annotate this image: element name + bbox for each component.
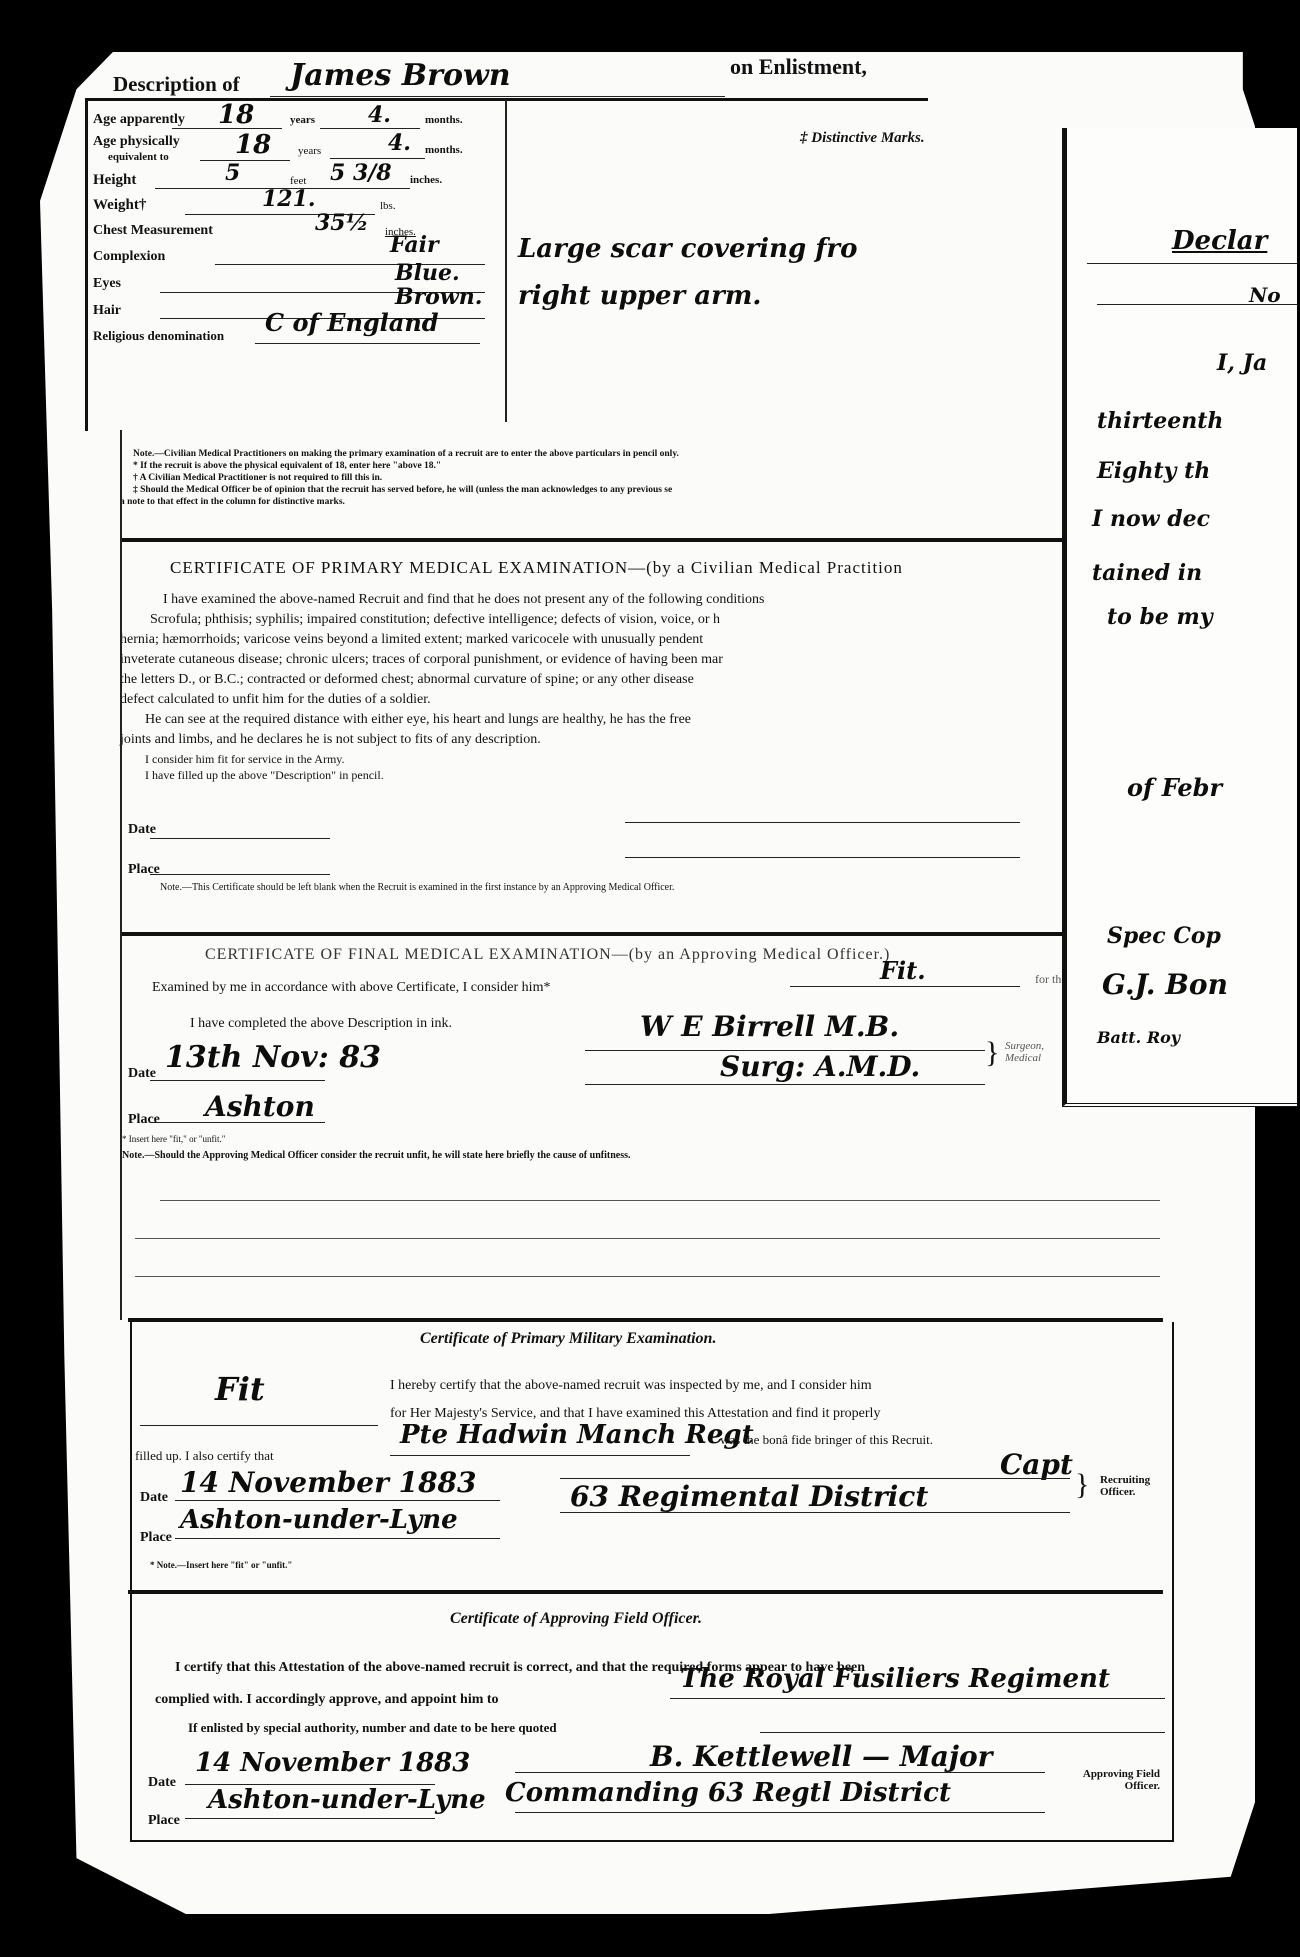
- years-label: years: [298, 145, 321, 157]
- age-physically-label: Age physically: [93, 134, 180, 150]
- underline: [320, 128, 420, 129]
- age-physically-months: 4.: [388, 130, 411, 156]
- slip-heading: Declar: [1172, 226, 1267, 256]
- certificate-text: hernia; hæmorrhoids; varicose veins beyo…: [120, 632, 703, 648]
- slip-text: Spec Cop: [1107, 923, 1221, 949]
- footnote: * Insert here "fit," or "unfit.": [122, 1134, 225, 1144]
- underline: [585, 1084, 985, 1085]
- certificate-text: I have examined the above-named Recruit …: [163, 592, 764, 608]
- age-apparently-years: 18: [218, 100, 254, 130]
- slip-text: tained in: [1092, 560, 1202, 586]
- years-label: years: [290, 114, 315, 126]
- left-margin-line: [120, 430, 122, 1320]
- slip-text: thirteenth: [1097, 408, 1223, 434]
- slip-signature: G.J. Bon: [1102, 968, 1228, 1001]
- distinctive-marks-line1: Large scar covering fro: [518, 234, 857, 264]
- brace: }: [985, 1038, 999, 1068]
- date-field: [150, 838, 330, 839]
- eyes-value: Blue.: [395, 260, 460, 286]
- underline: [1087, 263, 1297, 264]
- final-fit-value: Fit.: [880, 956, 926, 985]
- date-label: Date: [128, 822, 156, 838]
- blank-line: [135, 1276, 1160, 1277]
- certificate-text: the letters D., or B.C.; contracted or d…: [120, 672, 694, 688]
- hair-label: Hair: [93, 303, 121, 319]
- place-label: Place: [128, 1112, 160, 1128]
- height-inches: 5 3/8: [330, 160, 392, 186]
- lbs-label: lbs.: [380, 200, 396, 212]
- slip-text: to be my: [1107, 604, 1213, 630]
- primary-medical-heading: CERTIFICATE OF PRIMARY MEDICAL EXAMINATI…: [170, 558, 903, 578]
- underline: [150, 1080, 325, 1081]
- certificate-text: I have completed the above Description i…: [190, 1016, 452, 1032]
- equivalent-label: equivalent to: [108, 151, 169, 163]
- title-suffix: on Enlistment,: [730, 54, 867, 80]
- note-line: Note.—Civilian Medical Practitioners on …: [133, 449, 679, 459]
- note-line: ‡ Should the Medical Officer be of opini…: [133, 485, 672, 495]
- slip-text: I now dec: [1092, 506, 1210, 532]
- title-prefix: Description of: [113, 72, 240, 97]
- distinctive-marks-label: ‡ Distinctive Marks.: [800, 130, 925, 147]
- note-line: † A Civilian Medical Practitioner is not…: [133, 473, 382, 483]
- slip-footer: Batt. Roy: [1097, 1028, 1180, 1047]
- distinctive-marks-line2: right upper arm.: [518, 281, 761, 311]
- slip-text: I, Ja: [1217, 350, 1267, 376]
- final-place-value: Ashton: [205, 1090, 315, 1123]
- eyes-label: Eyes: [93, 276, 121, 292]
- underline: [172, 128, 282, 129]
- signature-field: [625, 822, 1020, 823]
- certificate-text: Examined by me in accordance with above …: [152, 980, 550, 996]
- inches-label: inches.: [410, 174, 442, 186]
- military-section-box: [130, 1322, 1174, 1842]
- certificate-text: inveterate cutaneous disease; chronic ul…: [120, 652, 723, 668]
- recruit-name: James Brown: [290, 58, 511, 93]
- underline: [200, 160, 290, 161]
- place-field: [150, 874, 330, 875]
- height-label: Height: [93, 172, 136, 189]
- note-line: * If the recruit is above the physical e…: [133, 461, 441, 471]
- certificate-text: He can see at the required distance with…: [145, 712, 691, 728]
- age-physically-years: 18: [235, 130, 271, 160]
- age-apparently-months: 4.: [368, 102, 391, 128]
- section-rule: [120, 538, 1065, 542]
- months-label: months.: [425, 114, 463, 126]
- complexion-label: Complexion: [93, 249, 165, 265]
- weight-label: Weight†: [93, 197, 146, 214]
- complexion-value: Fair: [390, 232, 439, 258]
- final-date-value: 13th Nov: 83: [165, 1040, 381, 1075]
- blank-line: [135, 1238, 1160, 1239]
- certificate-text: joints and limbs, and he declares he is …: [120, 732, 541, 748]
- certificate-text: I consider him fit for service in the Ar…: [145, 752, 345, 767]
- surgeon-label: Surgeon, Medical: [1005, 1040, 1060, 1064]
- name-underline: [270, 96, 725, 97]
- slip-text: of Febr: [1127, 773, 1222, 802]
- note-line: a note to that effect in the column for …: [120, 497, 345, 507]
- underline: [330, 158, 425, 159]
- blank-line: [160, 1200, 1160, 1201]
- underline: [1097, 304, 1297, 305]
- certificate-text: defect calculated to unfit him for the d…: [120, 692, 431, 708]
- attached-declaration-slip: Declar No I, Ja thirteenth Eighty th I n…: [1062, 128, 1297, 1107]
- religion-label: Religious denomination: [93, 328, 224, 344]
- months-label: months.: [425, 144, 463, 156]
- religion-value: C of England: [265, 308, 439, 337]
- signature-field: [625, 857, 1020, 858]
- underline: [150, 1122, 325, 1123]
- height-feet: 5: [225, 160, 240, 186]
- certificate-text: I have filled up the above "Description"…: [145, 768, 384, 783]
- surgeon-signature: W E Birrell M.B.: [640, 1010, 899, 1043]
- slip-text: Eighty th: [1097, 458, 1210, 484]
- certificate-text: Scrofula; phthisis; syphilis; impaired c…: [150, 612, 720, 628]
- underline: [255, 343, 480, 344]
- chest-label: Chest Measurement: [93, 223, 213, 239]
- note-line: Note.—This Certificate should be left bl…: [160, 882, 674, 893]
- place-label: Place: [128, 862, 160, 878]
- underline: [790, 986, 1020, 987]
- description-divider: [505, 100, 507, 422]
- hair-value: Brown.: [395, 284, 482, 310]
- weight-value: 121.: [262, 186, 316, 212]
- surgeon-title: Surg: A.M.D.: [720, 1050, 920, 1083]
- final-medical-heading: CERTIFICATE OF FINAL MEDICAL EXAMINATION…: [205, 946, 890, 964]
- note-line: Note.—Should the Approving Medical Offic…: [122, 1150, 631, 1161]
- age-apparently-label: Age apparently: [93, 112, 185, 128]
- section-rule: [120, 932, 1065, 936]
- chest-value: 35½: [315, 210, 369, 236]
